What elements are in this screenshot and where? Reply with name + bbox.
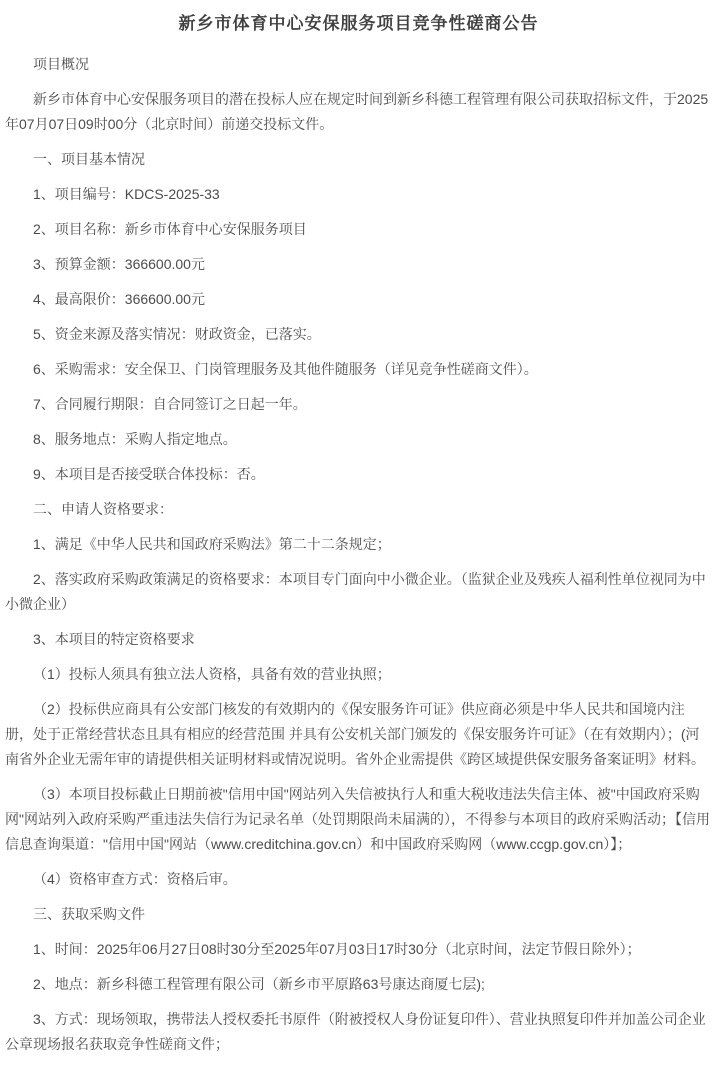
qualification-2: 2、落实政府采购政策满足的资格要求：本项目专门面向中小微企业。（监狱企业及残疾人… (5, 567, 712, 617)
item-project-name: 2、项目名称：新乡市体育中心安保服务项目 (5, 217, 712, 242)
specific-requirement-2: （2）投标供应商具有公安部门核发的有效期内的《保安服务许可证》供应商必须是中华人… (5, 697, 712, 772)
qualification-3-heading: 3、本项目的特定资格要求 (5, 627, 712, 652)
qualification-1: 1、满足《中华人民共和国政府采购法》第二十二条规定； (5, 532, 712, 557)
item-service-location: 8、服务地点：采购人指定地点。 (5, 427, 712, 452)
overview-heading: 项目概况 (5, 52, 712, 77)
section-2-heading: 二、申请人资格要求： (5, 497, 712, 522)
section-1-heading: 一、项目基本情况 (5, 147, 712, 172)
specific-requirement-1: （1）投标人须具有独立法人资格，具备有效的营业执照； (5, 662, 712, 687)
item-funding-source: 5、资金来源及落实情况：财政资金，已落实。 (5, 322, 712, 347)
specific-requirement-4: （4）资格审查方式：资格后审。 (5, 867, 712, 892)
item-budget-amount: 3、预算金额：366600.00元 (5, 252, 712, 277)
item-consortium-bid: 9、本项目是否接受联合体投标：否。 (5, 462, 712, 487)
item-project-number: 1、项目编号：KDCS-2025-33 (5, 182, 712, 207)
overview-body: 新乡市体育中心安保服务项目的潜在投标人应在规定时间到新乡科德工程管理有限公司获取… (5, 87, 712, 137)
item-procurement-needs: 6、采购需求：安全保卫、门岗管理服务及其他件随服务（详见竞争性磋商文件）。 (5, 357, 712, 382)
obtain-time: 1、时间：2025年06月27日08时30分至2025年07月03日17时30分… (5, 937, 712, 962)
specific-requirement-3: （3）本项目投标截止日期前被"信用中国"网站列入失信被执行人和重大税收违法失信主… (5, 782, 712, 857)
item-contract-period: 7、合同履行期限：自合同签订之日起一年。 (5, 392, 712, 417)
obtain-method: 3、方式：现场领取，携带法人授权委托书原件（附被授权人身份证复印件）、营业执照复… (5, 1007, 712, 1057)
announcement-document: 新乡市体育中心安保服务项目竞争性磋商公告 项目概况新乡市体育中心安保服务项目的潜… (0, 0, 718, 1087)
document-paragraphs: 项目概况新乡市体育中心安保服务项目的潜在投标人应在规定时间到新乡科德工程管理有限… (5, 52, 712, 1057)
item-max-price: 4、最高限价：366600.00元 (5, 287, 712, 312)
document-title: 新乡市体育中心安保服务项目竞争性磋商公告 (5, 13, 712, 35)
obtain-location: 2、地点：新乡科德工程管理有限公司（新乡市平原路63号康达商厦七层); (5, 972, 712, 997)
section-3-heading: 三、获取采购文件 (5, 902, 712, 927)
